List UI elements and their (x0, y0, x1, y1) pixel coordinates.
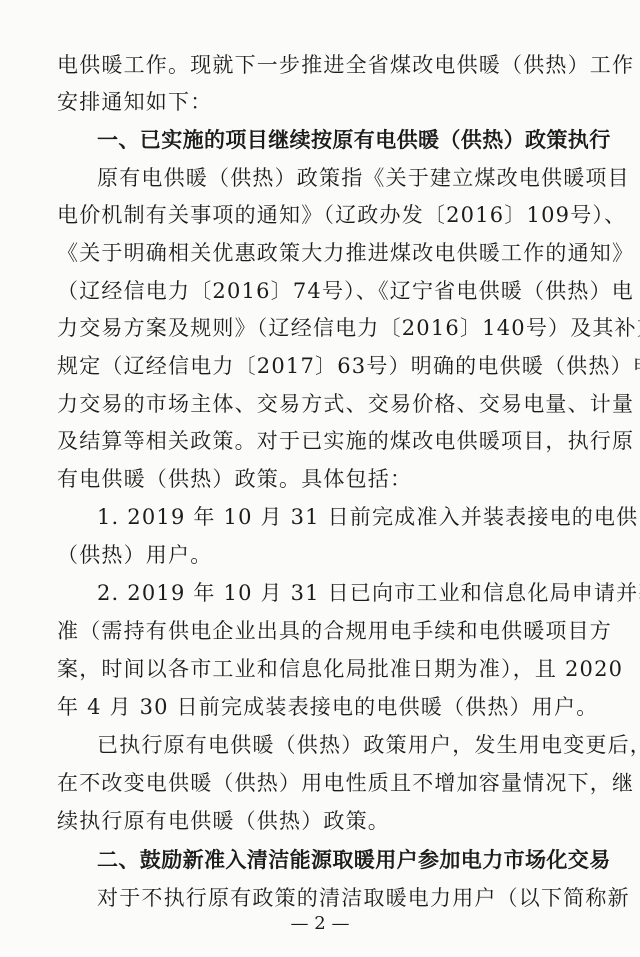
document-page: 电供暖工作。现就下一步推进全省煤改电供暖（供热）工作 安排通知如下： 一、已实施… (0, 0, 640, 957)
list-item-2: 2. 2019 年 10 月 31 日已向市工业和信息化局申请并获批 (97, 578, 585, 608)
body-text-line: 规定（辽经信电力〔2017〕63号）明确的电供暖（供热）电 (57, 351, 585, 381)
page-number: — 2 — (0, 912, 640, 936)
body-text-line: 及结算等相关政策。对于已实施的煤改电供暖项目，执行原 (57, 426, 585, 456)
body-text-line: 对于不执行原有政策的清洁取暖电力用户（以下简称新 (97, 883, 585, 913)
section-heading-1: 一、已实施的项目继续按原有电供暖（供热）政策执行 (97, 125, 585, 155)
section-heading-2: 二、鼓励新准入清洁能源取暖用户参加电力市场化交易 (97, 845, 585, 875)
body-text-line: 已执行原有电供暖（供热）政策用户，发生用电变更后， (97, 730, 585, 760)
body-text-line: 有电供暖（供热）政策。具体包括： (57, 464, 585, 494)
body-text-line: 电供暖工作。现就下一步推进全省煤改电供暖（供热）工作 (57, 50, 585, 80)
body-text-line: 安排通知如下： (57, 87, 585, 117)
body-text-line: （辽经信电力〔2016〕74号）、《辽宁省电供暖（供热）电 (57, 276, 585, 306)
body-text-line: 在不改变电供暖（供热）用电性质且不增加容量情况下，继 (57, 768, 585, 798)
body-text-line: 电价机制有关事项的通知》（辽政办发〔2016〕109号）、 (57, 200, 585, 230)
body-text-line: （供热）用户。 (57, 540, 585, 570)
body-text-line: 年 4 月 30 日前完成装表接电的电供暖（供热）用户。 (57, 692, 585, 722)
body-text-line: 力交易的市场主体、交易方式、交易价格、交易电量、计量 (57, 389, 585, 419)
body-text-line: 续执行原有电供暖（供热）政策。 (57, 806, 585, 836)
body-text-line: 力交易方案及规则》（辽经信电力〔2016〕140号）及其补充 (57, 313, 585, 343)
body-text-line: 案，时间以各市工业和信息化局批准日期为准），且 2020 (57, 654, 585, 684)
body-text-line: 原有电供暖（供热）政策指《关于建立煤改电供暖项目 (97, 163, 585, 193)
body-text-line: 《关于明确相关优惠政策大力推进煤改电供暖工作的通知》 (57, 238, 585, 268)
list-item-1: 1. 2019 年 10 月 31 日前完成准入并装表接电的电供暖 (97, 502, 585, 532)
body-text-line: 准（需持有供电企业出具的合规用电手续和电供暖项目方 (57, 616, 585, 646)
